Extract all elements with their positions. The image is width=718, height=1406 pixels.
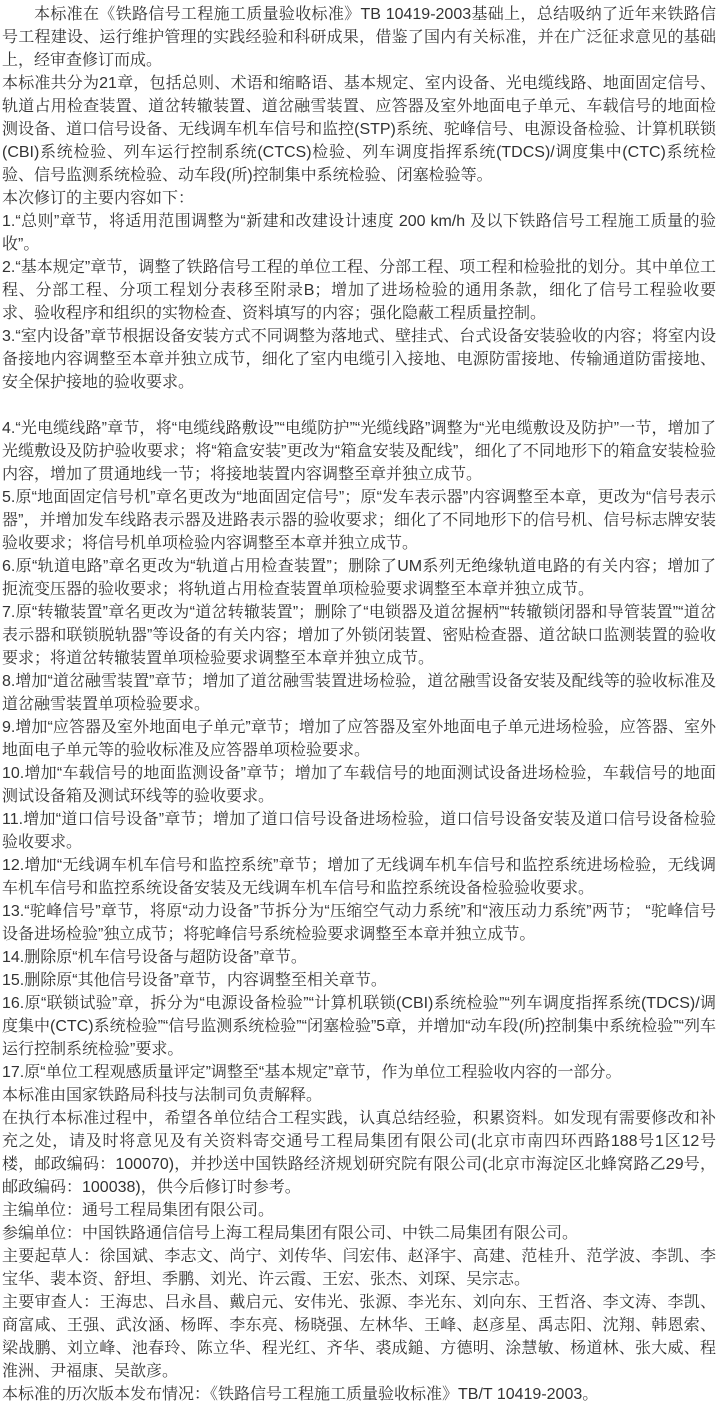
paragraph: 主编单位：通号工程局集团有限公司。 [2,1199,716,1222]
paragraph: 5.原“地面固定信号机”章名更改为“地面固定信号”；原“发车表示器”内容调整至本… [2,486,716,555]
paragraph: 4.“光电缆线路”章节，将“电缆线路敷设”“电缆防护”“光缆线路”调整为“光电缆… [2,417,716,486]
paragraph-list: 本标准在《铁路信号工程施工质量验收标准》TB 10419-2003基础上，总结吸… [2,3,716,1406]
paragraph: 11.增加“道口信号设备”章节；增加了道口信号设备进场检验，道口信号设备安装及道… [2,808,716,854]
document-body: 本标准在《铁路信号工程施工质量验收标准》TB 10419-2003基础上，总结吸… [0,0,718,1406]
paragraph: 8.增加“道岔融雪装置”章节；增加了道岔融雪装置进场检验，道岔融雪设备安装及配线… [2,670,716,716]
paragraph: 本标准由国家铁路局科技与法制司负责解释。 [2,1084,716,1107]
paragraph: 本标准在《铁路信号工程施工质量验收标准》TB 10419-2003基础上，总结吸… [2,3,716,72]
paragraph: 14.删除原“机车信号设备与超防设备”章节。 [2,946,716,969]
paragraph: 本标准的历次版本发布情况：《铁路信号工程施工质量验收标准》TB/T 10419-… [2,1383,716,1406]
paragraph: 15.删除原“其他信号设备”章节，内容调整至相关章节。 [2,969,716,992]
paragraph: 本标准共分为21章，包括总则、术语和缩略语、基本规定、室内设备、光电缆线路、地面… [2,72,716,187]
paragraph: 参编单位：中国铁路通信信号上海工程局集团有限公司、中铁二局集团有限公司。 [2,1222,716,1245]
paragraph: 本次修订的主要内容如下： [2,187,716,210]
paragraph: 2.“基本规定”章节，调整了铁路信号工程的单位工程、分部工程、项工程和检验批的划… [2,256,716,325]
paragraph: 3.“室内设备”章节根据设备安装方式不同调整为落地式、壁挂式、台式设备安装验收的… [2,325,716,394]
paragraph: 12.增加“无线调车机车信号和监控系统”章节；增加了无线调车机车信号和监控系统进… [2,854,716,900]
paragraph [2,394,716,417]
paragraph: 主要起草人：徐国斌、李志文、尚宁、刘传华、闫宏伟、赵泽宇、高建、范桂升、范学波、… [2,1245,716,1291]
paragraph: 17.原“单位工程观感质量评定”调整至“基本规定”章节，作为单位工程验收内容的一… [2,1061,716,1084]
paragraph: 10.增加“车载信号的地面监测设备”章节；增加了车载信号的地面测试设备进场检验，… [2,762,716,808]
paragraph: 在执行本标准过程中，希望各单位结合工程实践，认真总结经验，积累资料。如发现有需要… [2,1107,716,1199]
paragraph: 16.原“联锁试验”章，拆分为“电源设备检验”“计算机联锁(CBI)系统检验”“… [2,992,716,1061]
paragraph: 7.原“转辙装置”章名更改为“道岔转辙装置”；删除了“电锁器及道岔握柄”“转辙锁… [2,601,716,670]
paragraph: 9.增加“应答器及室外地面电子单元”章节；增加了应答器及室外地面电子单元进场检验… [2,716,716,762]
paragraph: 1.“总则”章节，将适用范围调整为“新建和改建设计速度 200 km/h 及以下… [2,210,716,256]
paragraph: 13.“驼峰信号”章节，将原“动力设备”节拆分为“压缩空气动力系统”和“液压动力… [2,900,716,946]
paragraph: 主要审查人：王海忠、吕永昌、戴启元、安伟光、张源、李光东、刘向东、王哲洛、李文涛… [2,1291,716,1383]
paragraph: 6.原“轨道电路”章名更改为“轨道占用检查装置”；删除了UM系列无绝缘轨道电路的… [2,555,716,601]
